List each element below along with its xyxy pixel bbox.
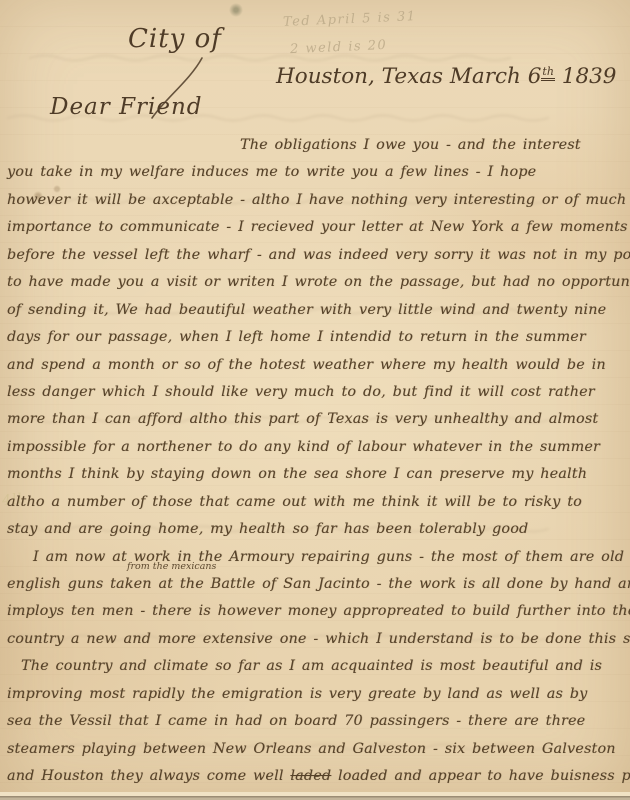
struck-word: laded <box>290 768 331 784</box>
letter-line: from the mexicans english guns taken at … <box>7 571 630 598</box>
letter-line: you take in my welfare induces me to wri… <box>7 159 630 186</box>
heading-date-ordinal: th <box>541 65 555 81</box>
pencil-annotation-second: 2 weld is 20 <box>290 38 388 57</box>
letter-line: of sending it, We had beautiful weather … <box>7 297 630 324</box>
heading-place-date: Houston, Texas March 6th 1839 <box>276 64 616 89</box>
letter-body: The obligations I owe you - and the inte… <box>7 132 630 791</box>
letter-line: and spend a month or so of the hotest we… <box>7 352 630 379</box>
letter-line: altho a number of those that came out wi… <box>7 489 630 516</box>
letter-line: however it will be axceptable - altho I … <box>7 187 630 214</box>
letter-page: Ted April 5 is 31 2 weld is 20 4ll City … <box>0 0 630 800</box>
heading-city-of: City of <box>128 24 222 54</box>
letter-line: I am now at work in the Armoury repairin… <box>7 544 630 571</box>
pencil-annotation-top: Ted April 5 is 31 <box>283 9 417 30</box>
letter-line: months I think by staying down on the se… <box>7 461 630 488</box>
letter-line: before the vessel left the wharf - and w… <box>7 242 630 269</box>
letter-line: days for our passage, when I left home I… <box>7 324 630 351</box>
letter-line: country a new and more extensive one - w… <box>7 626 630 653</box>
last-line-pre: and Houston they always come well <box>7 768 290 784</box>
letter-line: The country and climate so far as I am a… <box>7 653 630 680</box>
letter-line: to have made you a visit or writen I wro… <box>7 269 630 296</box>
letter-line: steamers playing between New Orleans and… <box>7 736 630 763</box>
letter-line: sea the Vessil that I came in had on boa… <box>7 708 630 735</box>
letter-line-text: english guns taken at the Battle of San … <box>7 576 630 592</box>
scan-bottom-edge <box>0 792 630 800</box>
letter-line: impossible for a northener to do any kin… <box>7 434 630 461</box>
heading-date-day: March 6 <box>450 64 542 89</box>
salutation: Dear Friend <box>50 94 203 120</box>
letter-line: more than I can afford altho this part o… <box>7 406 630 433</box>
letter-line: The obligations I owe you - and the inte… <box>7 132 630 159</box>
letter-line: less danger which I should like very muc… <box>7 379 630 406</box>
interline-insertion-note: from the mexicans <box>127 562 216 572</box>
last-line-post: loaded and appear to have buisness plent… <box>331 768 630 784</box>
heading-place: Houston, Texas <box>276 64 443 89</box>
letter-line: improving most rapidly the emigration is… <box>7 681 630 708</box>
heading-date-year: 1839 <box>562 64 617 89</box>
letter-line: imploys ten men - there is however money… <box>7 598 630 625</box>
letter-line-last: and Houston they always come well laded … <box>7 763 630 790</box>
letter-line: importance to communicate - I recieved y… <box>7 214 630 241</box>
letter-line: stay and are going home, my health so fa… <box>7 516 630 543</box>
